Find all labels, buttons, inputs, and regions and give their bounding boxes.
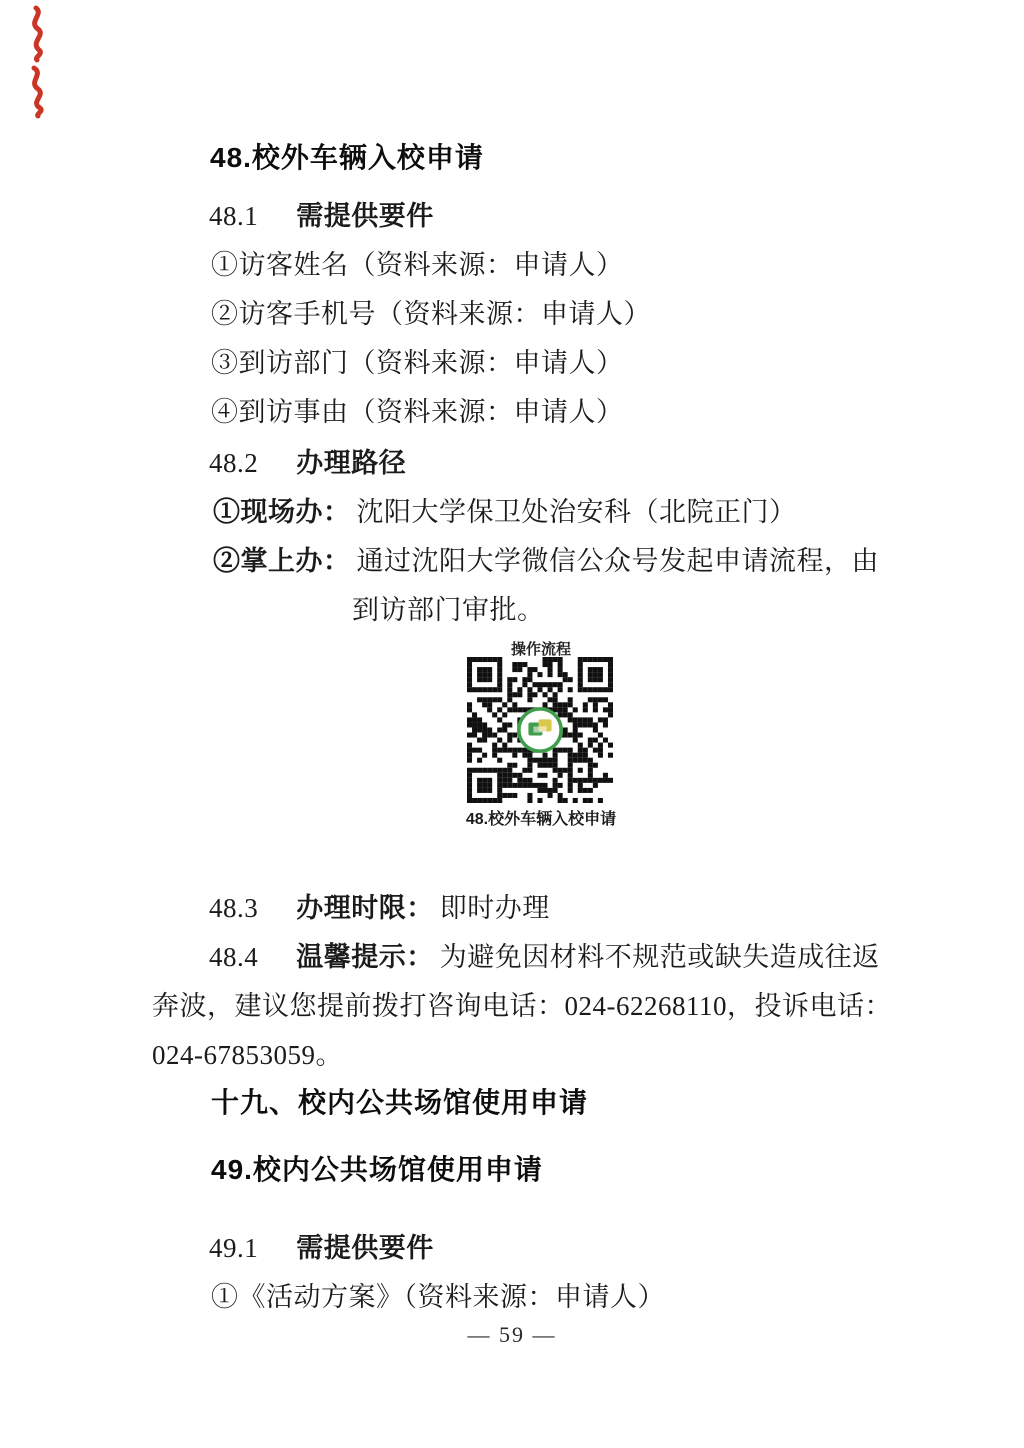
subsection-49-1-number: 49.1 — [209, 1233, 258, 1263]
section-49-heading: 49.校内公共场馆使用申请 — [211, 1148, 543, 1188]
path-onsite-line: ①现场办：沈阳大学保卫处治安科（北院正门） — [213, 490, 797, 529]
path-onsite-label: ①现场办： — [213, 497, 351, 527]
page-number: — 59 — — [468, 1322, 557, 1348]
subsection-48-1-title: 需提供要件 — [296, 201, 434, 231]
path-onsite-text: 沈阳大学保卫处治安科（北院正门） — [357, 497, 797, 527]
section-19-heading: 十九、校内公共场馆使用申请 — [211, 1081, 588, 1121]
requirement-item: ①《活动方案》（资料来源：申请人） — [211, 1275, 665, 1314]
red-annotation-marks-icon — [18, 2, 68, 122]
subsection-48-4-text-line3: 024-67853059。 — [152, 1033, 343, 1072]
subsection-48-1: 48.1需提供要件 — [209, 194, 434, 233]
requirement-item: ①访客姓名（资料来源：申请人） — [211, 243, 624, 282]
subsection-48-2-title: 办理路径 — [296, 448, 406, 478]
requirement-item: ④到访事由（资料来源：申请人） — [211, 390, 624, 429]
subsection-48-3-number: 48.3 — [209, 893, 258, 923]
subsection-48-4-text-line1: 为避免因材料不规范或缺失造成往返 — [440, 942, 880, 972]
qr-code — [467, 657, 613, 803]
subsection-48-4-text-line2: 奔波，建议您提前拨打咨询电话：024-62268110，投诉电话： — [152, 984, 892, 1023]
subsection-48-3-text: 即时办理 — [440, 893, 550, 923]
subsection-48-4: 48.4温馨提示：为避免因材料不规范或缺失造成往返 — [209, 935, 880, 974]
subsection-48-4-number: 48.4 — [209, 942, 258, 972]
requirement-item: ③到访部门（资料来源：申请人） — [211, 341, 624, 380]
subsection-48-4-label: 温馨提示： — [296, 942, 434, 972]
subsection-48-2-number: 48.2 — [209, 448, 258, 478]
requirement-item: ②访客手机号（资料来源：申请人） — [211, 292, 651, 331]
path-mobile-text: 通过沈阳大学微信公众号发起申请流程，由 — [357, 546, 880, 576]
path-mobile-line: ②掌上办：通过沈阳大学微信公众号发起申请流程，由 — [213, 539, 879, 578]
subsection-48-3: 48.3办理时限：即时办理 — [209, 886, 550, 925]
subsection-48-1-number: 48.1 — [209, 201, 258, 231]
subsection-48-2: 48.2办理路径 — [209, 441, 406, 480]
document-page: 48.校外车辆入校申请 48.1需提供要件 ①访客姓名（资料来源：申请人） ②访… — [0, 0, 1024, 1448]
subsection-49-1: 49.1需提供要件 — [209, 1226, 434, 1265]
qr-top-label: 操作流程 — [511, 638, 571, 659]
path-mobile-continuation: 到访部门审批。 — [352, 588, 545, 627]
subsection-48-3-label: 办理时限： — [296, 893, 434, 923]
subsection-49-1-title: 需提供要件 — [296, 1233, 434, 1263]
section-48-heading: 48.校外车辆入校申请 — [210, 136, 484, 176]
path-mobile-label: ②掌上办： — [213, 546, 351, 576]
qr-caption: 48.校外车辆入校申请 — [466, 806, 616, 829]
